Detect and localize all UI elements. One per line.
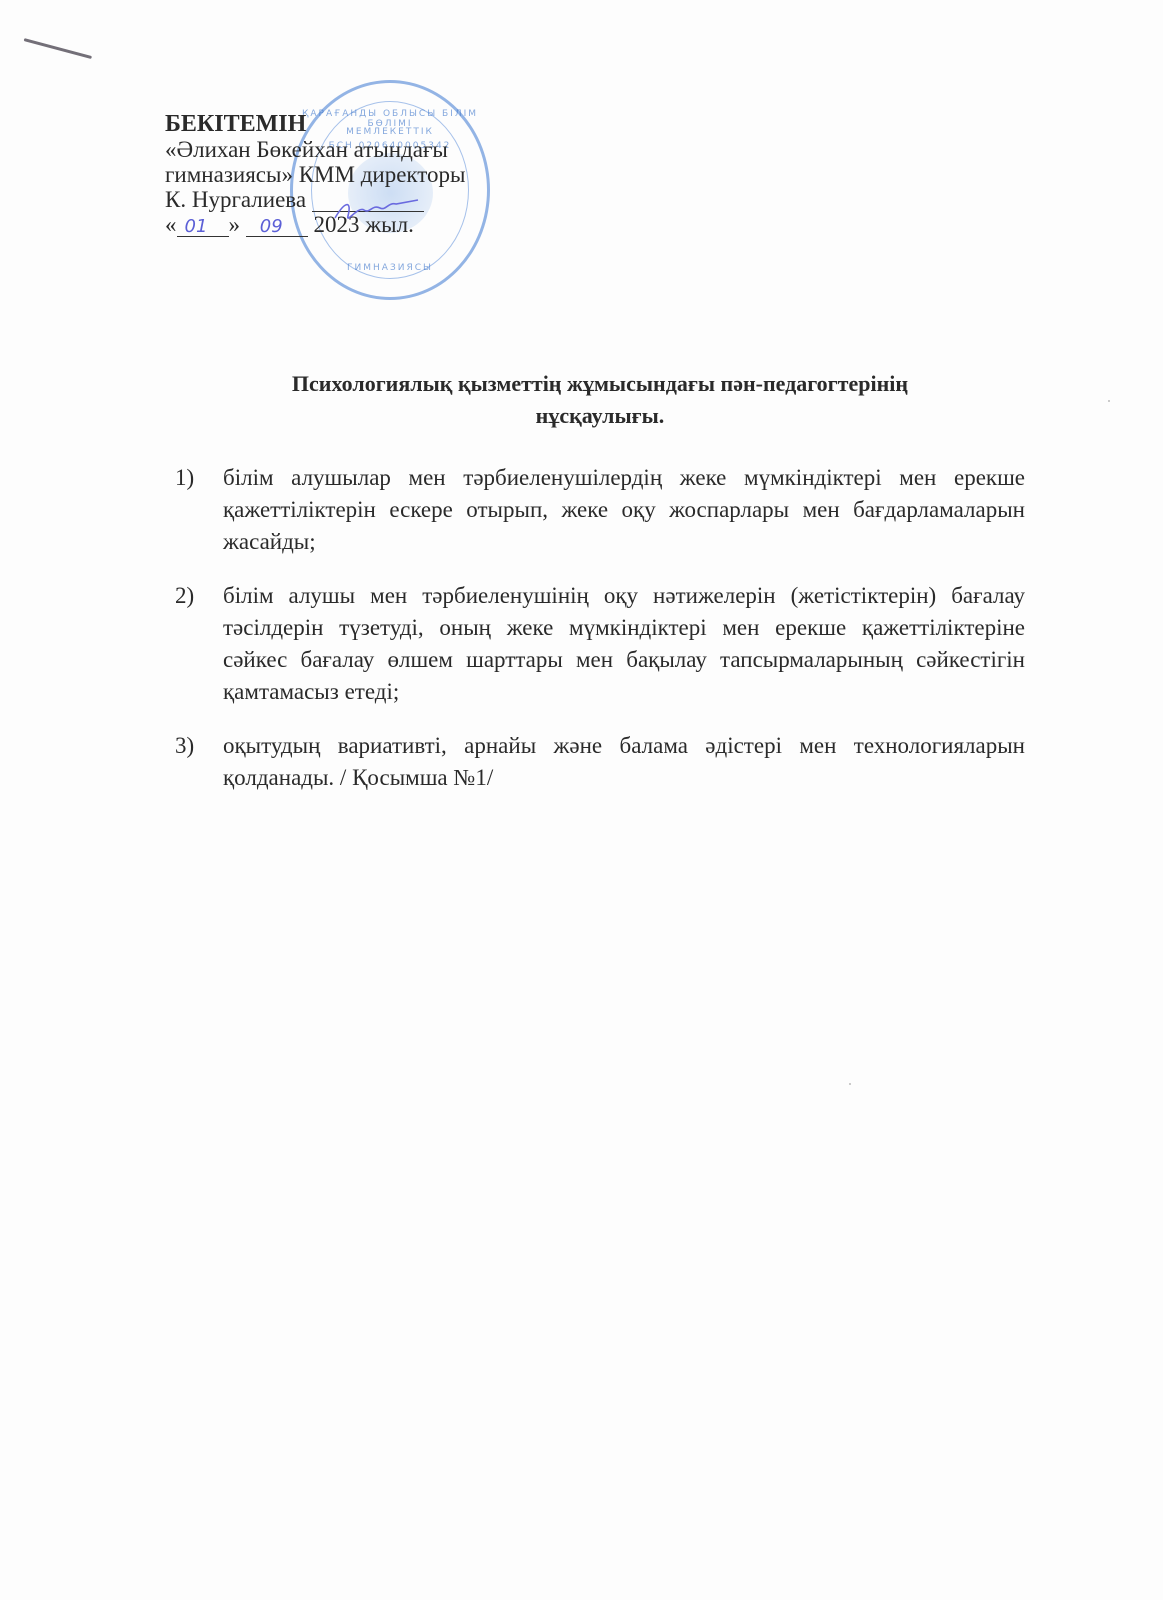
item-number: 1) <box>175 462 223 558</box>
scan-speck <box>1108 400 1110 402</box>
document-title: Психологиялық қызметтің жұмысындағы пән-… <box>200 368 1000 432</box>
approval-line-2: гимназиясы» КММ директоры <box>165 162 465 187</box>
day-field: 01 <box>177 214 229 237</box>
item-text: оқытудың вариативті, арнайы және балама … <box>223 730 1025 794</box>
date-quote-open: « <box>165 212 177 237</box>
date-quote-close: » <box>229 212 241 237</box>
approval-heading: БЕКІТЕМІН <box>165 112 465 137</box>
month-field: 09 <box>246 214 308 237</box>
item-text: білім алушы мен тәрбиеленушінің оқу нәти… <box>223 580 1025 708</box>
item-number: 3) <box>175 730 223 794</box>
title-line-2: нұсқаулығы. <box>200 400 1000 432</box>
item-text: білім алушылар мен тәрбиеленушілердің же… <box>223 462 1025 558</box>
scan-speck <box>849 1083 851 1085</box>
item-number: 2) <box>175 580 223 708</box>
list-item: 1) білім алушылар мен тәрбиеленушілердің… <box>175 462 1025 558</box>
title-line-1: Психологиялық қызметтің жұмысындағы пән-… <box>200 368 1000 400</box>
stamp-bottom-text: ГИМНАЗИЯСЫ <box>293 263 487 273</box>
approval-line-1: «Әлихан Бөкейхан атындағы <box>165 137 465 162</box>
list-item: 3) оқытудың вариативті, арнайы және бала… <box>175 730 1025 794</box>
signer-name: К. Нургалиева <box>165 187 306 212</box>
list-item: 2) білім алушы мен тәрбиеленушінің оқу н… <box>175 580 1025 708</box>
approval-block: БЕКІТЕМІН «Әлихан Бөкейхан атындағы гимн… <box>165 112 465 237</box>
handwritten-day: 01 <box>185 214 208 239</box>
staple-mark <box>24 38 92 59</box>
approval-date-line: «01» 09 2023 жыл. <box>165 212 465 237</box>
handwritten-signature-icon <box>330 196 420 226</box>
approval-signer-line: К. Нургалиева <box>165 187 465 212</box>
handwritten-month: 09 <box>260 214 283 239</box>
instruction-list: 1) білім алушылар мен тәрбиеленушілердің… <box>175 462 1025 816</box>
